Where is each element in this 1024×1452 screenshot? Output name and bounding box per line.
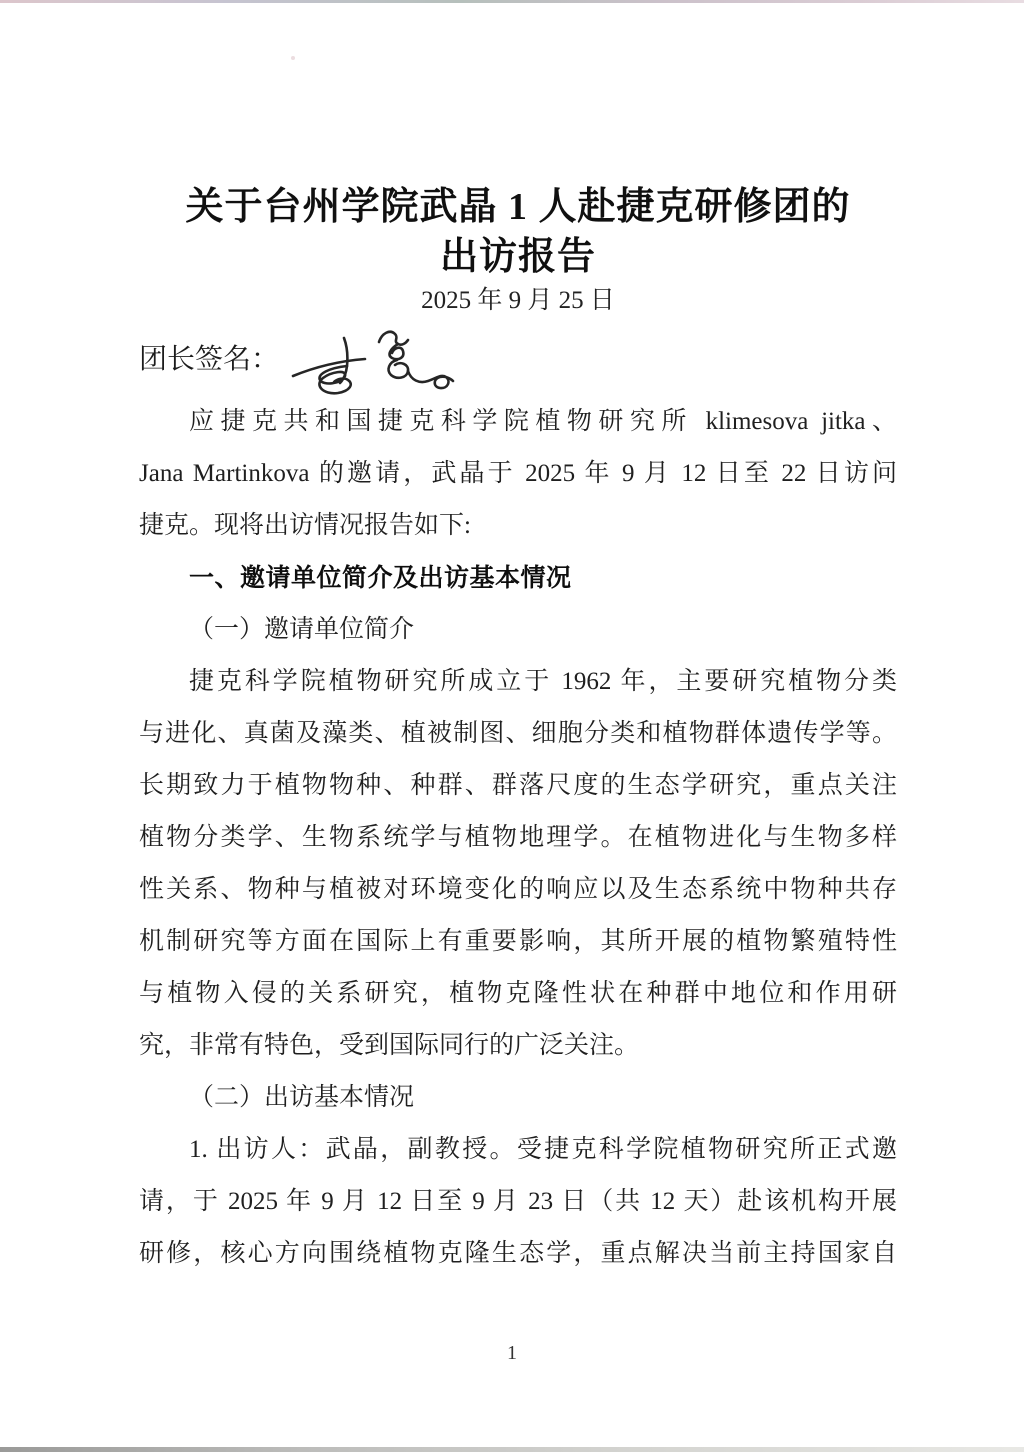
scan-top-edge-artifact [0,0,1024,3]
document-title: 关于台州学院武晶 1 人赴捷克研修团的 出访报告 [139,182,897,282]
document-page: 关于台州学院武晶 1 人赴捷克研修团的 出访报告 2025 年 9 月 25 日… [0,0,1024,1452]
text-line: 与进化、真菌及藻类、植被制图、细胞分类和植物群体遗传学等。 [139,708,897,760]
leader-signature-scribble [287,326,459,406]
text-line: 与植物入侵的关系研究，植物克隆性状在种群中地位和作用研 [139,968,897,1020]
text-line: 研修，核心方向围绕植物克隆生态学，重点解决当前主持国家自 [139,1228,897,1280]
scan-bottom-edge-artifact [0,1447,1024,1452]
page-number: 1 [0,1342,1024,1365]
text-line: 植物分类学、生物系统学与植物地理学。在植物进化与生物多样 [139,812,897,864]
text-line: 1. 出访人：武晶，副教授。受捷克科学院植物研究所正式邀 [139,1124,897,1176]
text-line: 应捷克共和国捷克科学院植物研究所 klimesova jitka、 [139,396,897,448]
text-line: 究，非常有特色，受到国际同行的广泛关注。 [139,1020,897,1072]
signature-label: 团长签名： [139,340,279,380]
text-line: 捷克科学院植物研究所成立于 1962 年，主要研究植物分类 [139,656,897,708]
body-lines: 应捷克共和国捷克科学院植物研究所 klimesova jitka、Jana Ma… [139,396,897,1280]
text-line: Jana Martinkova 的邀请，武晶于 2025 年 9 月 12 日至… [139,448,897,500]
text-line: 一、邀请单位简介及出访基本情况 [139,552,897,604]
document-title-line1: 关于台州学院武晶 1 人赴捷克研修团的 [139,182,897,232]
text-line: 机制研究等方面在国际上有重要影响，其所开展的植物繁殖特性 [139,916,897,968]
text-line: （二）出访基本情况 [139,1072,897,1124]
document-date: 2025 年 9 月 25 日 [139,286,897,316]
text-line: 长期致力于植物物种、种群、群落尺度的生态学研究，重点关注 [139,760,897,812]
scan-speck-artifact [291,56,295,60]
text-line: 性关系、物种与植被对环境变化的响应以及生态系统中物种共存 [139,864,897,916]
text-line: 捷克。现将出访情况报告如下: [139,500,897,552]
text-line: （一）邀请单位简介 [139,604,897,656]
signature-row: 团长签名： [139,340,897,404]
document-title-line2: 出访报告 [139,232,897,282]
text-line: 请，于 2025 年 9 月 12 日至 9 月 23 日（共 12 天）赴该机… [139,1176,897,1228]
